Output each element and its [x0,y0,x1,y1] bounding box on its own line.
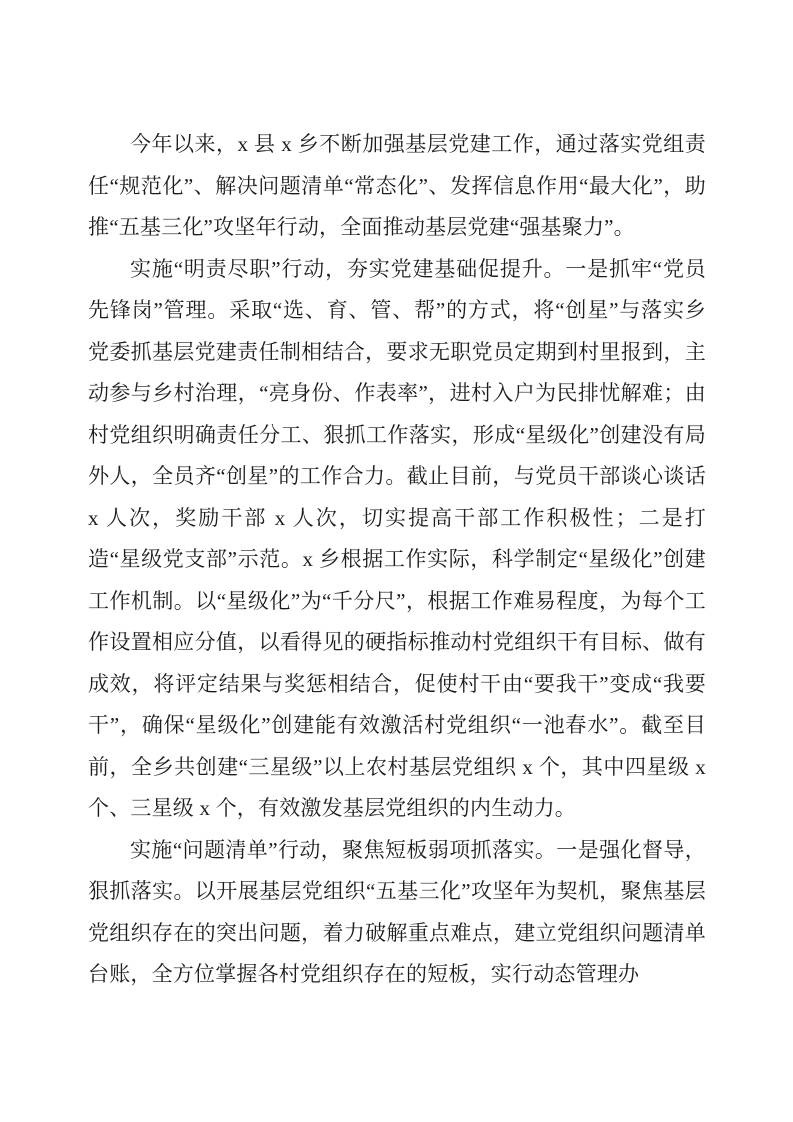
paragraph-intro: 今年以来，x 县 x 乡不断加强基层党建工作，通过落实党组责任“规范化”、解决问… [88,124,706,249]
paragraph-wentiqingdan-action: 实施“问题清单”行动，聚焦短板弱项抓落实。一是强化督导，狠抓落实。以开展基层党组… [88,830,706,996]
document-page: 今年以来，x 县 x 乡不断加强基层党建工作，通过落实党组责任“规范化”、解决问… [0,0,793,1122]
document-body: 今年以来，x 县 x 乡不断加强基层党建工作，通过落实党组责任“规范化”、解决问… [88,124,706,996]
paragraph-mingzejinzhi-action: 实施“明责尽职”行动，夯实党建基础促提升。一是抓牢“党员先锋岗”管理。采取“选、… [88,249,706,830]
